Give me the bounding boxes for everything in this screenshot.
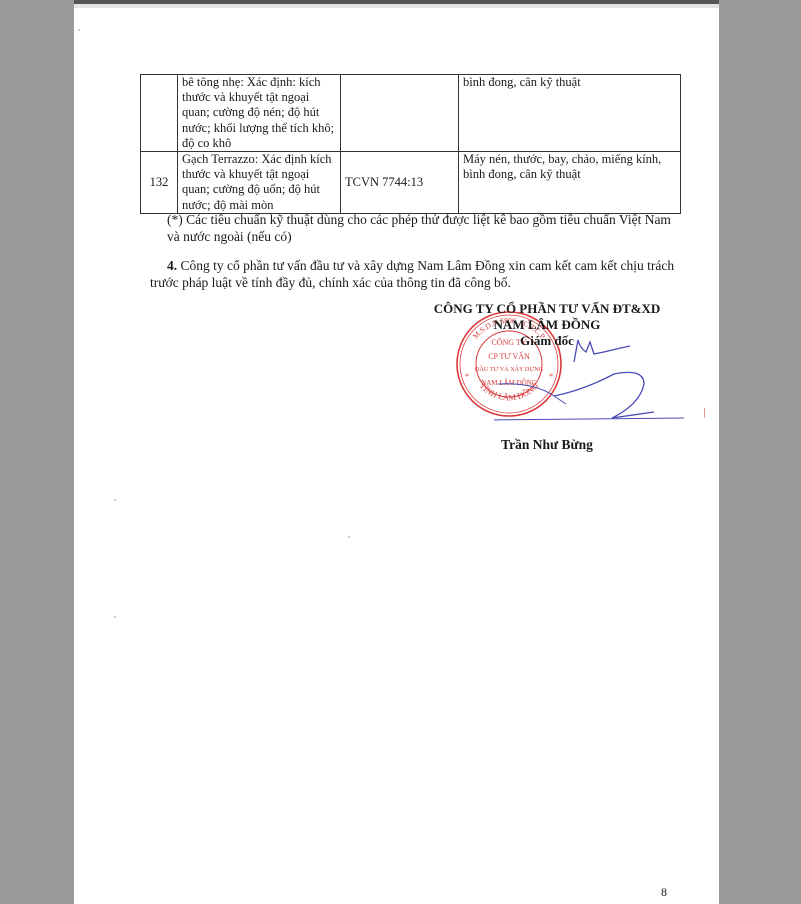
standards-footnote: (*) Các tiêu chuẩn kỹ thuật dùng cho các… xyxy=(167,211,677,245)
page-number: 8 xyxy=(661,885,667,900)
signer-role: Giám đốc xyxy=(412,333,682,348)
company-name-line1: CÔNG TY CỔ PHẦN TƯ VẤN ĐT&XD xyxy=(412,301,682,317)
test-methods-table: bê tông nhẹ: Xác định: kích thước và khu… xyxy=(140,74,681,214)
document-page: bê tông nhẹ: Xác định: kích thước và khu… xyxy=(74,0,719,904)
scan-speck xyxy=(114,616,116,618)
signature-block: CÔNG TY CỔ PHẦN TƯ VẤN ĐT&XD NAM LÂM ĐỒN… xyxy=(412,301,682,348)
cell-equipment: Máy nén, thước, bay, chảo, miếng kính, b… xyxy=(459,152,681,214)
cell-no xyxy=(141,75,178,152)
scan-speck xyxy=(78,29,80,31)
svg-text:*: * xyxy=(465,372,469,381)
cell-standard: TCVN 7744:13 xyxy=(341,152,459,214)
cell-no: 132 xyxy=(141,152,178,214)
page-top-strip xyxy=(74,4,719,8)
scan-speck xyxy=(348,536,350,538)
table-row: bê tông nhẹ: Xác định: kích thước và khu… xyxy=(141,75,681,152)
cell-test: Gạch Terrazzo: Xác định kích thước và kh… xyxy=(178,152,341,214)
table-row: 132 Gạch Terrazzo: Xác định kích thước v… xyxy=(141,152,681,214)
cell-equipment: bình đong, cân kỹ thuật xyxy=(459,75,681,152)
cell-standard xyxy=(341,75,459,152)
commitment-number: 4. xyxy=(167,258,177,273)
company-name-line2: NAM LÂM ĐỒNG xyxy=(412,317,682,332)
cell-test: bê tông nhẹ: Xác định: kích thước và khu… xyxy=(178,75,341,152)
signer-name: Trần Như Bừng xyxy=(412,437,682,453)
commitment-paragraph: 4. Công ty cổ phần tư vấn đầu tư và xây … xyxy=(150,257,678,291)
commitment-text: Công ty cổ phần tư vấn đầu tư và xây dựn… xyxy=(150,258,674,290)
scan-speck xyxy=(704,408,705,418)
scan-speck xyxy=(114,499,116,501)
